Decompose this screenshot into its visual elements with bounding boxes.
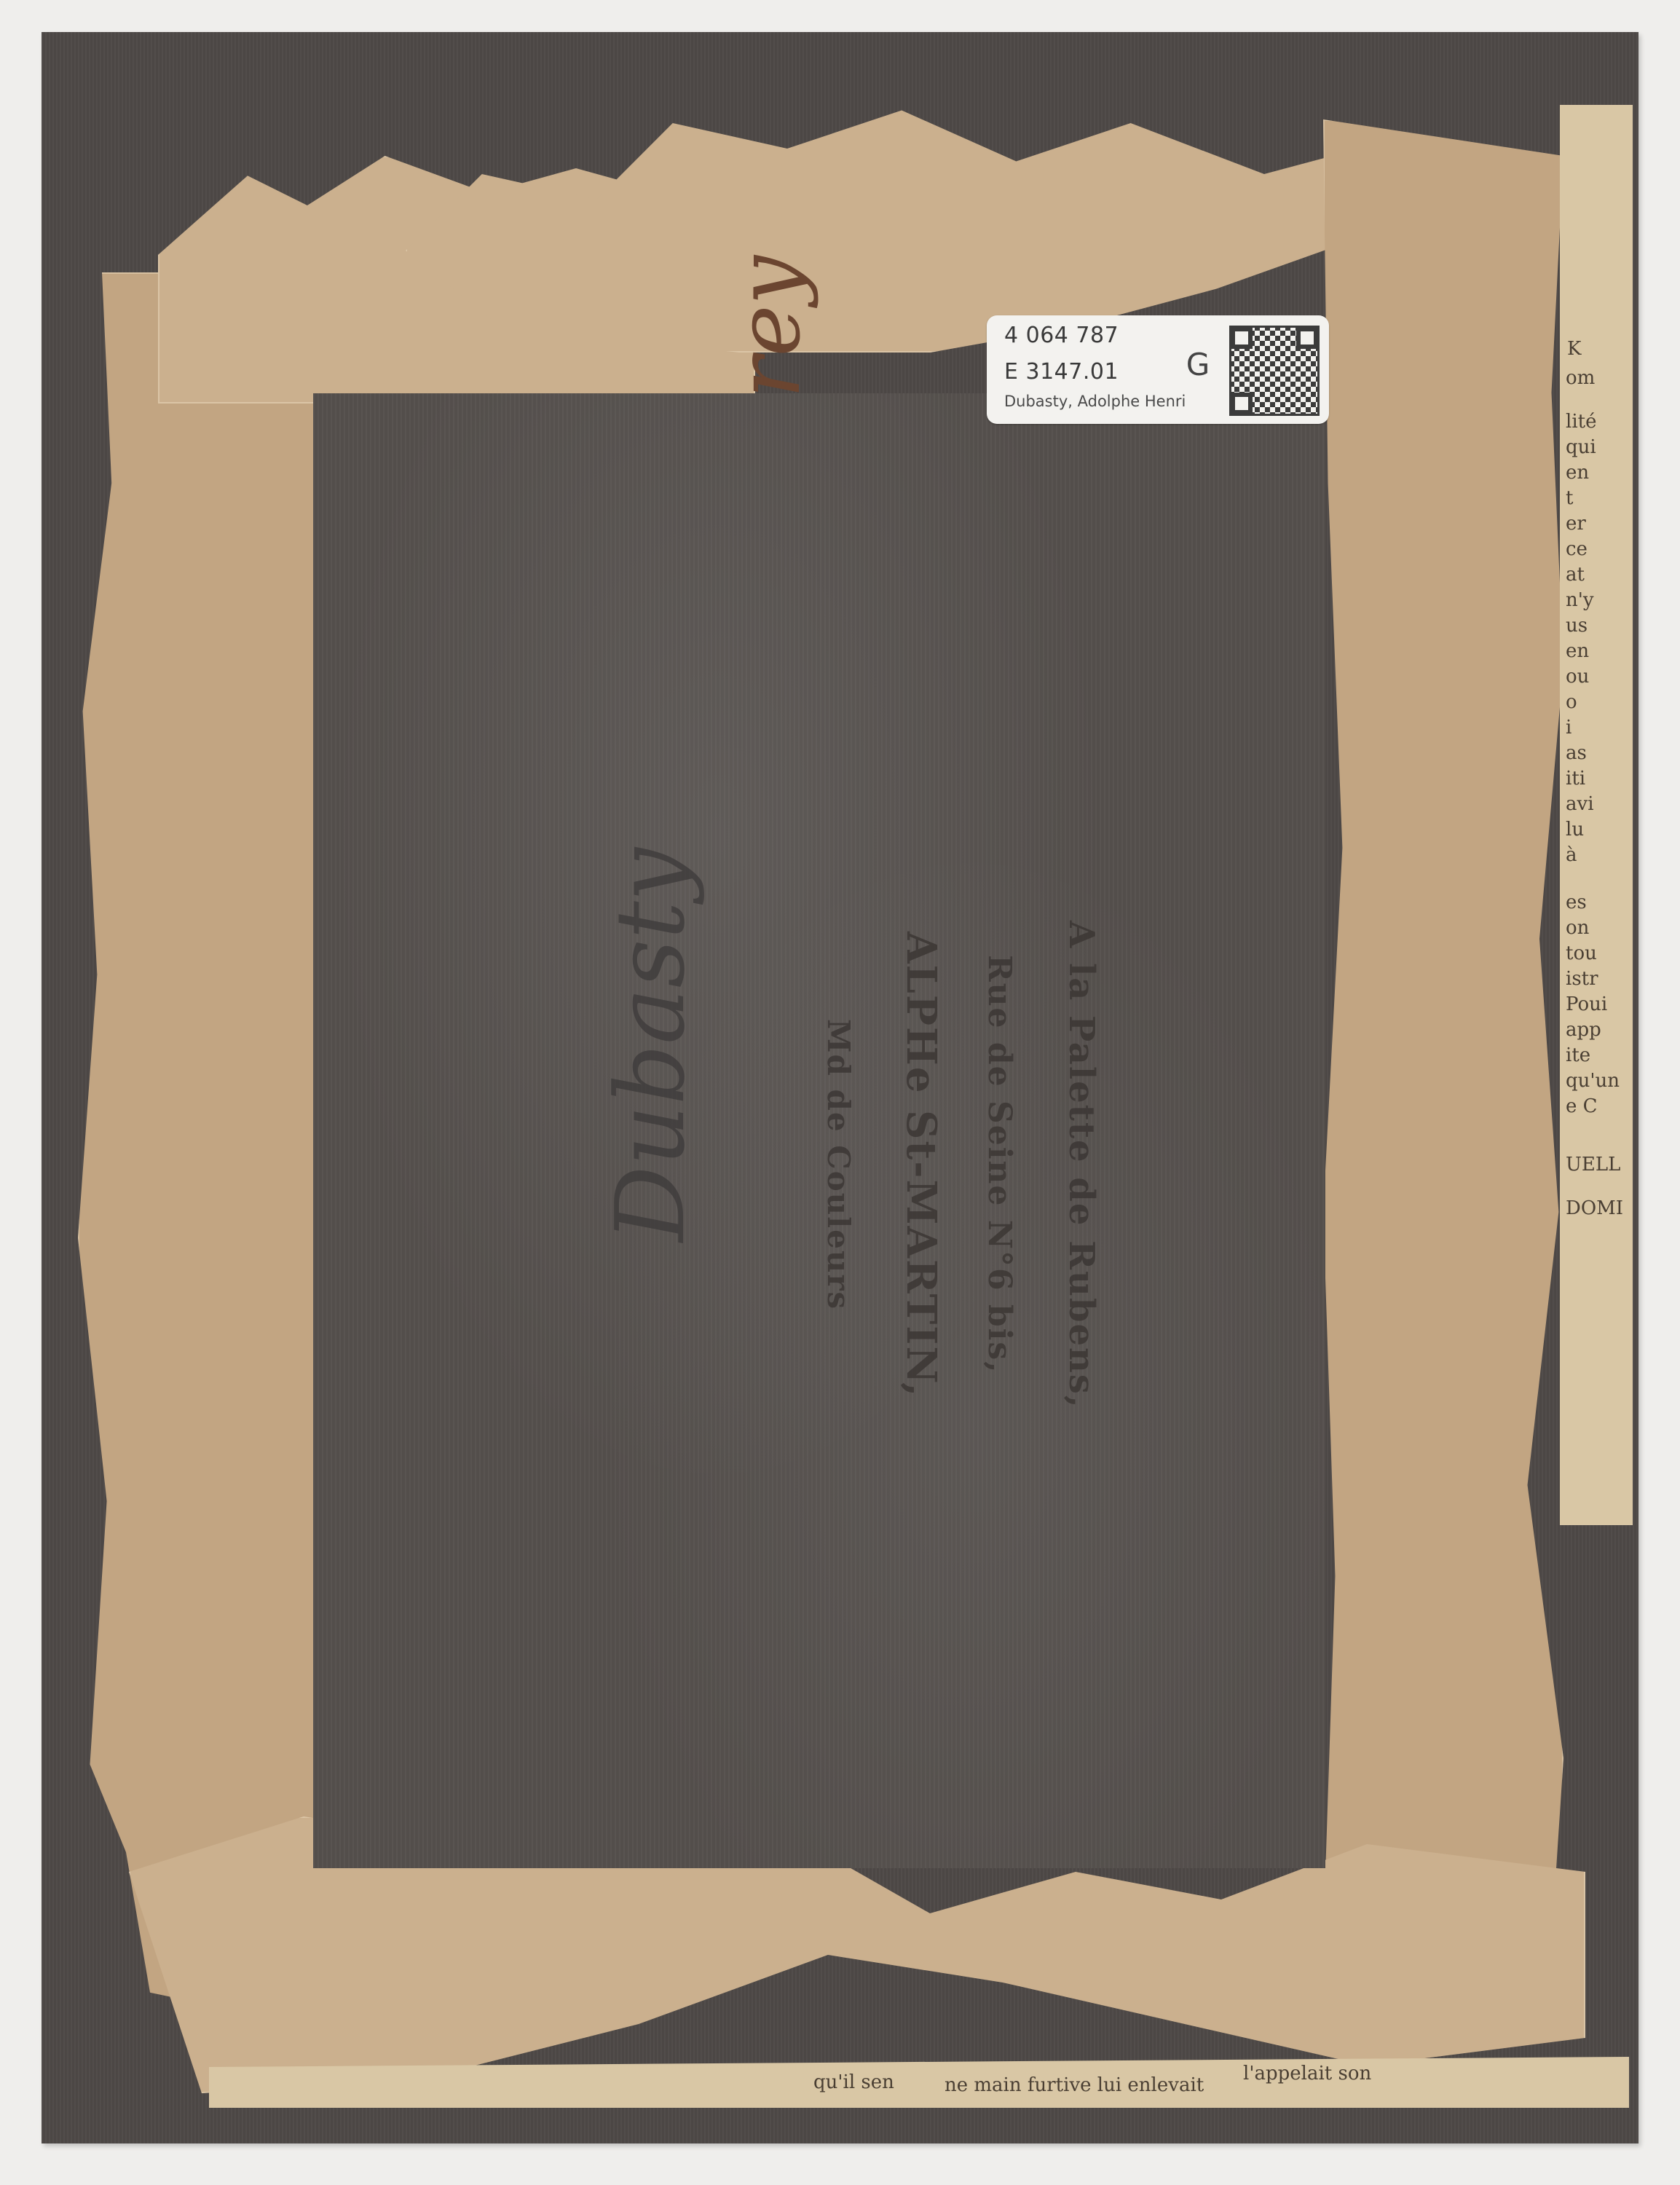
- inventory-number: 4 064 787: [1004, 323, 1119, 348]
- stencil-line-4: Md de Couleurs: [821, 760, 856, 1569]
- panel-back: K om lité qui en t er ce at n'y us en ou…: [42, 32, 1638, 2143]
- paper-right-strip: [1323, 119, 1563, 1940]
- artist-name: Dubasty, Adolphe Henri: [1004, 393, 1186, 410]
- stencil-line-2: Rue de Seine N°6 bis,: [981, 760, 1018, 1569]
- inventory-label: 4 064 787 E 3147.01 Dubasty, Adolphe Hen…: [987, 315, 1329, 424]
- supplier-stencil: A la Palette de Rubens, Rue de Seine N°6…: [799, 760, 1119, 1569]
- pencil-signature: Dubasty: [595, 571, 711, 1518]
- stencil-line-1: A la Palette de Rubens,: [1061, 760, 1102, 1569]
- ink-handwriting: rey: [719, 207, 850, 447]
- qr-finder-pattern: [1231, 393, 1253, 414]
- newspaper-right-strip: K om lité qui en t er ce at n'y us en ou…: [1560, 105, 1633, 1525]
- g-logo-icon: G: [1183, 350, 1212, 379]
- stencil-line-3: ALPHe St-MARTIN,: [897, 760, 945, 1569]
- paper-left-strip: [78, 272, 318, 2028]
- qr-code-icon[interactable]: [1229, 326, 1320, 416]
- catalog-number: E 3147.01: [1004, 359, 1119, 385]
